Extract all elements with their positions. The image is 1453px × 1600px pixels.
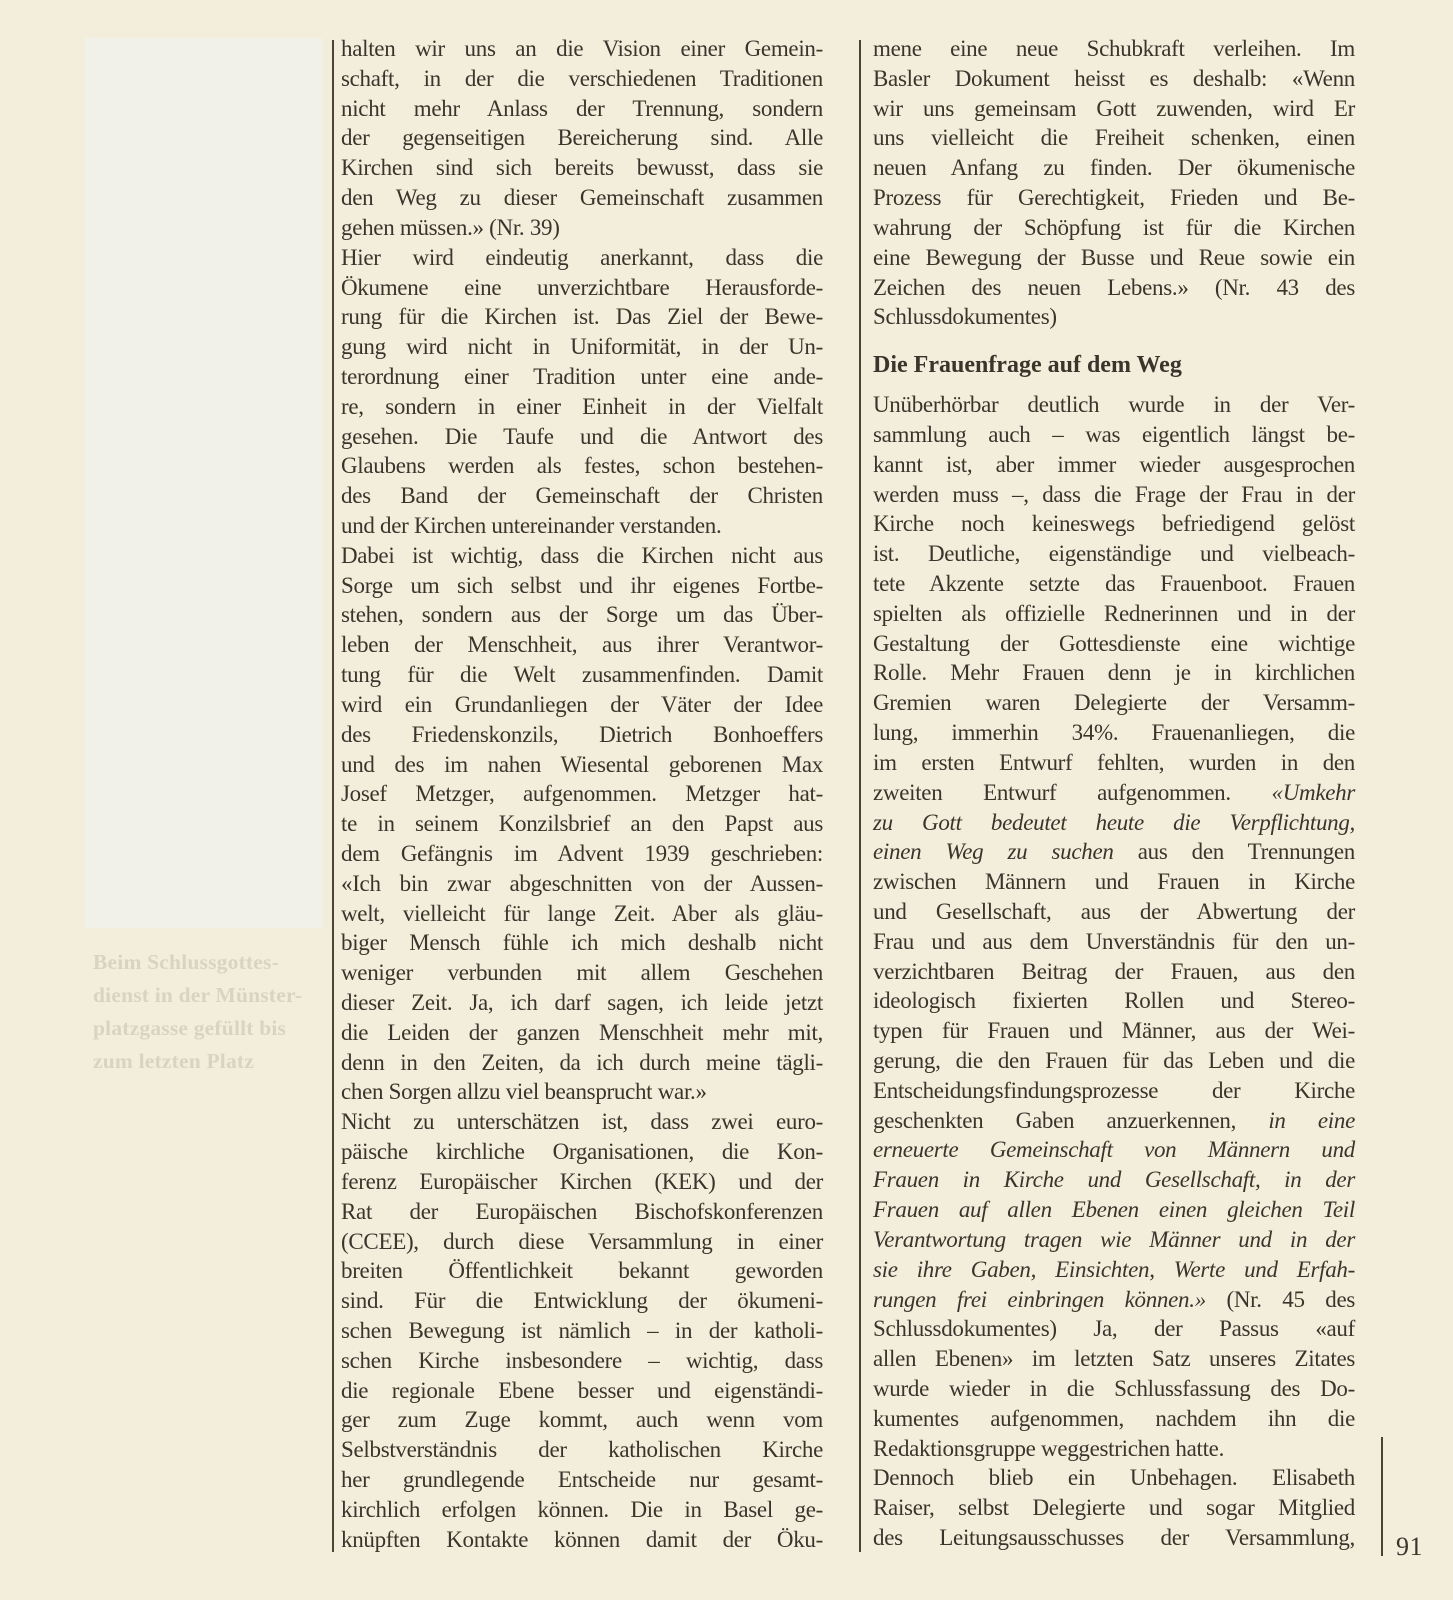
text-line: re, sondern in einer Einheit in der Viel… — [341, 392, 823, 422]
text-line: chen Sorgen allzu viel beansprucht war.» — [341, 1077, 823, 1107]
text-line: weniger verbunden mit allem Geschehen — [341, 958, 823, 988]
text-line: Josef Metzger, aufgenommen. Metzger hat- — [341, 779, 823, 809]
text-line: Verantwortung tragen wie Männer und in d… — [873, 1225, 1355, 1255]
text-line: Rat der Europäischen Bischofskonferenzen — [341, 1197, 823, 1227]
text-line: spielten als offizielle Rednerinnen und … — [873, 599, 1355, 629]
text-line: werden muss –, dass die Frage der Frau i… — [873, 480, 1355, 510]
text-line: und der Kirchen untereinander verstanden… — [341, 511, 823, 541]
page-number: 91 — [1396, 1532, 1423, 1562]
text-line: te in seinem Konzilsbrief an den Papst a… — [341, 809, 823, 839]
text-line: Prozess für Gerechtigkeit, Frieden und B… — [873, 183, 1355, 213]
text-line: tete Akzente setzte das Frauenboot. Frau… — [873, 569, 1355, 599]
text-line: des Leitungsausschusses der Versammlung, — [873, 1523, 1355, 1553]
text-line: erneuerte Gemeinschaft von Männern und — [873, 1135, 1355, 1165]
text-line: wir uns gemeinsam Gott zuwenden, wird Er — [873, 94, 1355, 124]
text-line: Gestaltung der Gottesdienste eine wichti… — [873, 629, 1355, 659]
text-line: ferenz Europäischer Kirchen (KEK) und de… — [341, 1167, 823, 1197]
caption-line: Beim Schlussgottes- — [93, 946, 333, 979]
text-line: Frauen in Kirche und Gesellschaft, in de… — [873, 1165, 1355, 1195]
text-line: Kirchen sind sich bereits bewusst, dass … — [341, 153, 823, 183]
text-line: terordnung einer Tradition unter eine an… — [341, 362, 823, 392]
text-line: Frauen auf allen Ebenen einen gleichen T… — [873, 1195, 1355, 1225]
text-line: nicht mehr Anlass der Trennung, sondern — [341, 94, 823, 124]
text-line: Schlussdokumentes) Ja, der Passus «auf — [873, 1314, 1355, 1344]
text-line: Dennoch blieb ein Unbehagen. Elisabeth — [873, 1463, 1355, 1493]
text-line: tung für die Welt zusammenfinden. Damit — [341, 660, 823, 690]
text-line: rung für die Kirchen ist. Das Ziel der B… — [341, 302, 823, 332]
text-line: uns vielleicht die Freiheit schenken, ei… — [873, 123, 1355, 153]
text-line: stehen, sondern aus der Sorge um das Übe… — [341, 600, 823, 630]
text-line: Hier wird eindeutig anerkannt, dass die — [341, 243, 823, 273]
text-line: zweiten Entwurf aufgenommen. «Umkehr — [873, 778, 1355, 808]
text-line: die Leiden der ganzen Menschheit mehr mi… — [341, 1018, 823, 1048]
text-line: schaft, in der die verschiedenen Traditi… — [341, 64, 823, 94]
text-line: Gremien waren Delegierte der Versamm- — [873, 688, 1355, 718]
text-line: knüpften Kontakte können damit der Öku- — [341, 1525, 823, 1555]
text-line: Basler Dokument heisst es deshalb: «Wenn — [873, 64, 1355, 94]
text-line: her grundlegende Entscheide nur gesamt- — [341, 1465, 823, 1495]
text-line: denn in den Zeiten, da ich durch meine t… — [341, 1048, 823, 1078]
text-line: wird ein Grundanliegen der Väter der Ide… — [341, 690, 823, 720]
page-number-rule — [1381, 1437, 1383, 1556]
text-line: gung wird nicht in Uniformität, in der U… — [341, 332, 823, 362]
text-line: Glaubens werden als festes, schon besteh… — [341, 451, 823, 481]
text-line: Selbstverständnis der katholischen Kirch… — [341, 1435, 823, 1465]
text-line: zwischen Männern und Frauen in Kirche — [873, 867, 1355, 897]
margin-image-ghost — [85, 38, 322, 928]
text-line: im ersten Entwurf fehlten, wurden in den — [873, 748, 1355, 778]
text-line: welt, vielleicht für lange Zeit. Aber al… — [341, 899, 823, 929]
text-line: gesehen. Die Taufe und die Antwort des — [341, 422, 823, 452]
text-line: zu Gott bedeutet heute die Verpflichtung… — [873, 808, 1355, 838]
text-line: Sorge um sich selbst und ihr eigenes For… — [341, 571, 823, 601]
text-line: Frau und aus dem Unverständnis für den u… — [873, 927, 1355, 957]
text-line: gerung, die den Frauen für das Leben und… — [873, 1046, 1355, 1076]
text-line: kumentes aufgenommen, nachdem ihn die — [873, 1404, 1355, 1434]
text-line: wurde wieder in die Schlussfassung des D… — [873, 1374, 1355, 1404]
text-line: leben der Menschheit, aus ihrer Verantwo… — [341, 630, 823, 660]
text-line: ideologisch fixierten Rollen und Stereo- — [873, 986, 1355, 1016]
text-line: Unüberhörbar deutlich wurde in der Ver- — [873, 390, 1355, 420]
left-column: halten wir uns an die Vision einer Gemei… — [341, 34, 823, 1554]
section-heading: Die Frauenfrage auf dem Weg — [873, 350, 1355, 380]
text-line: Zeichen des neuen Lebens.» (Nr. 43 des — [873, 273, 1355, 303]
text-line: geschenkten Gaben anzuerkennen, in eine — [873, 1106, 1355, 1136]
text-line: verzichtbaren Beitrag der Frauen, aus de… — [873, 957, 1355, 987]
text-line: schen Bewegung ist nämlich – in der kath… — [341, 1316, 823, 1346]
text-line: sind. Für die Entwicklung der ökumeni- — [341, 1286, 823, 1316]
text-line: und Gesellschaft, aus der Abwertung der — [873, 897, 1355, 927]
text-line: typen für Frauen und Männer, aus der Wei… — [873, 1016, 1355, 1046]
text-line: den Weg zu dieser Gemeinschaft zusammen — [341, 183, 823, 213]
text-line: Dabei ist wichtig, dass die Kirchen nich… — [341, 541, 823, 571]
text-line: allen Ebenen» im letzten Satz unseres Zi… — [873, 1344, 1355, 1374]
left-column-rule — [332, 40, 334, 1552]
caption-line: dienst in der Münster- — [93, 979, 333, 1012]
text-line: (CCEE), durch diese Versammlung in einer — [341, 1227, 823, 1257]
text-line: einen Weg zu suchen aus den Trennungen — [873, 837, 1355, 867]
text-line: Nicht zu unterschätzen ist, dass zwei eu… — [341, 1107, 823, 1137]
column-divider-rule — [859, 40, 861, 1552]
text-line: schen Kirche insbesondere – wichtig, das… — [341, 1346, 823, 1376]
text-line: wahrung der Schöpfung ist für die Kirche… — [873, 213, 1355, 243]
right-column: mene eine neue Schubkraft verleihen. ImB… — [873, 34, 1355, 1553]
caption-line: zum letzten Platz — [93, 1045, 333, 1078]
text-line: «Ich bin zwar abgeschnitten von der Auss… — [341, 869, 823, 899]
text-line: ger zum Zuge kommt, auch wenn vom — [341, 1405, 823, 1435]
text-line: die regionale Ebene besser und eigenstän… — [341, 1376, 823, 1406]
text-line: Kirche noch keineswegs befriedigend gelö… — [873, 509, 1355, 539]
text-line: halten wir uns an die Vision einer Gemei… — [341, 34, 823, 64]
text-line: und des im nahen Wiesental geborenen Max — [341, 750, 823, 780]
text-line: des Band der Gemeinschaft der Christen — [341, 481, 823, 511]
text-line: biger Mensch fühle ich mich deshalb nich… — [341, 928, 823, 958]
caption-line: platzgasse gefüllt bis — [93, 1012, 333, 1045]
text-line: der gegenseitigen Bereicherung sind. All… — [341, 123, 823, 153]
text-line: ist. Deutliche, eigenständige und vielbe… — [873, 539, 1355, 569]
text-line: des Friedenskonzils, Dietrich Bonhoeffer… — [341, 720, 823, 750]
margin-caption: Beim Schlussgottes-dienst in der Münster… — [93, 946, 333, 1078]
text-line: Raiser, selbst Delegierte und sogar Mitg… — [873, 1493, 1355, 1523]
scanned-page: Beim Schlussgottes-dienst in der Münster… — [0, 0, 1453, 1600]
text-line: Entscheidungsfindungsprozesse der Kirche — [873, 1076, 1355, 1106]
text-line: sammlung auch – was eigentlich längst be… — [873, 420, 1355, 450]
text-line: kannt ist, aber immer wieder ausgesproch… — [873, 450, 1355, 480]
text-line: Ökumene eine unverzichtbare Herausforde- — [341, 273, 823, 303]
text-line: neuen Anfang zu finden. Der ökumenische — [873, 153, 1355, 183]
text-line: eine Bewegung der Busse und Reue sowie e… — [873, 243, 1355, 273]
text-line: sie ihre Gaben, Einsichten, Werte und Er… — [873, 1255, 1355, 1285]
text-line: rungen frei einbringen können.» (Nr. 45 … — [873, 1285, 1355, 1315]
text-line: kirchlich erfolgen können. Die in Basel … — [341, 1495, 823, 1525]
text-line: Redaktionsgruppe weggestrichen hatte. — [873, 1434, 1355, 1464]
text-line: päische kirchliche Organisationen, die K… — [341, 1137, 823, 1167]
text-line: mene eine neue Schubkraft verleihen. Im — [873, 34, 1355, 64]
text-line: dieser Zeit. Ja, ich darf sagen, ich lei… — [341, 988, 823, 1018]
text-line: lung, immerhin 34%. Frauenanliegen, die — [873, 718, 1355, 748]
text-line: gehen müssen.» (Nr. 39) — [341, 213, 823, 243]
text-line: Rolle. Mehr Frauen denn je in kirchliche… — [873, 658, 1355, 688]
text-line: dem Gefängnis im Advent 1939 geschrieben… — [341, 839, 823, 869]
text-line: Schlussdokumentes) — [873, 302, 1355, 332]
text-line: breiten Öffentlichkeit bekannt geworden — [341, 1256, 823, 1286]
